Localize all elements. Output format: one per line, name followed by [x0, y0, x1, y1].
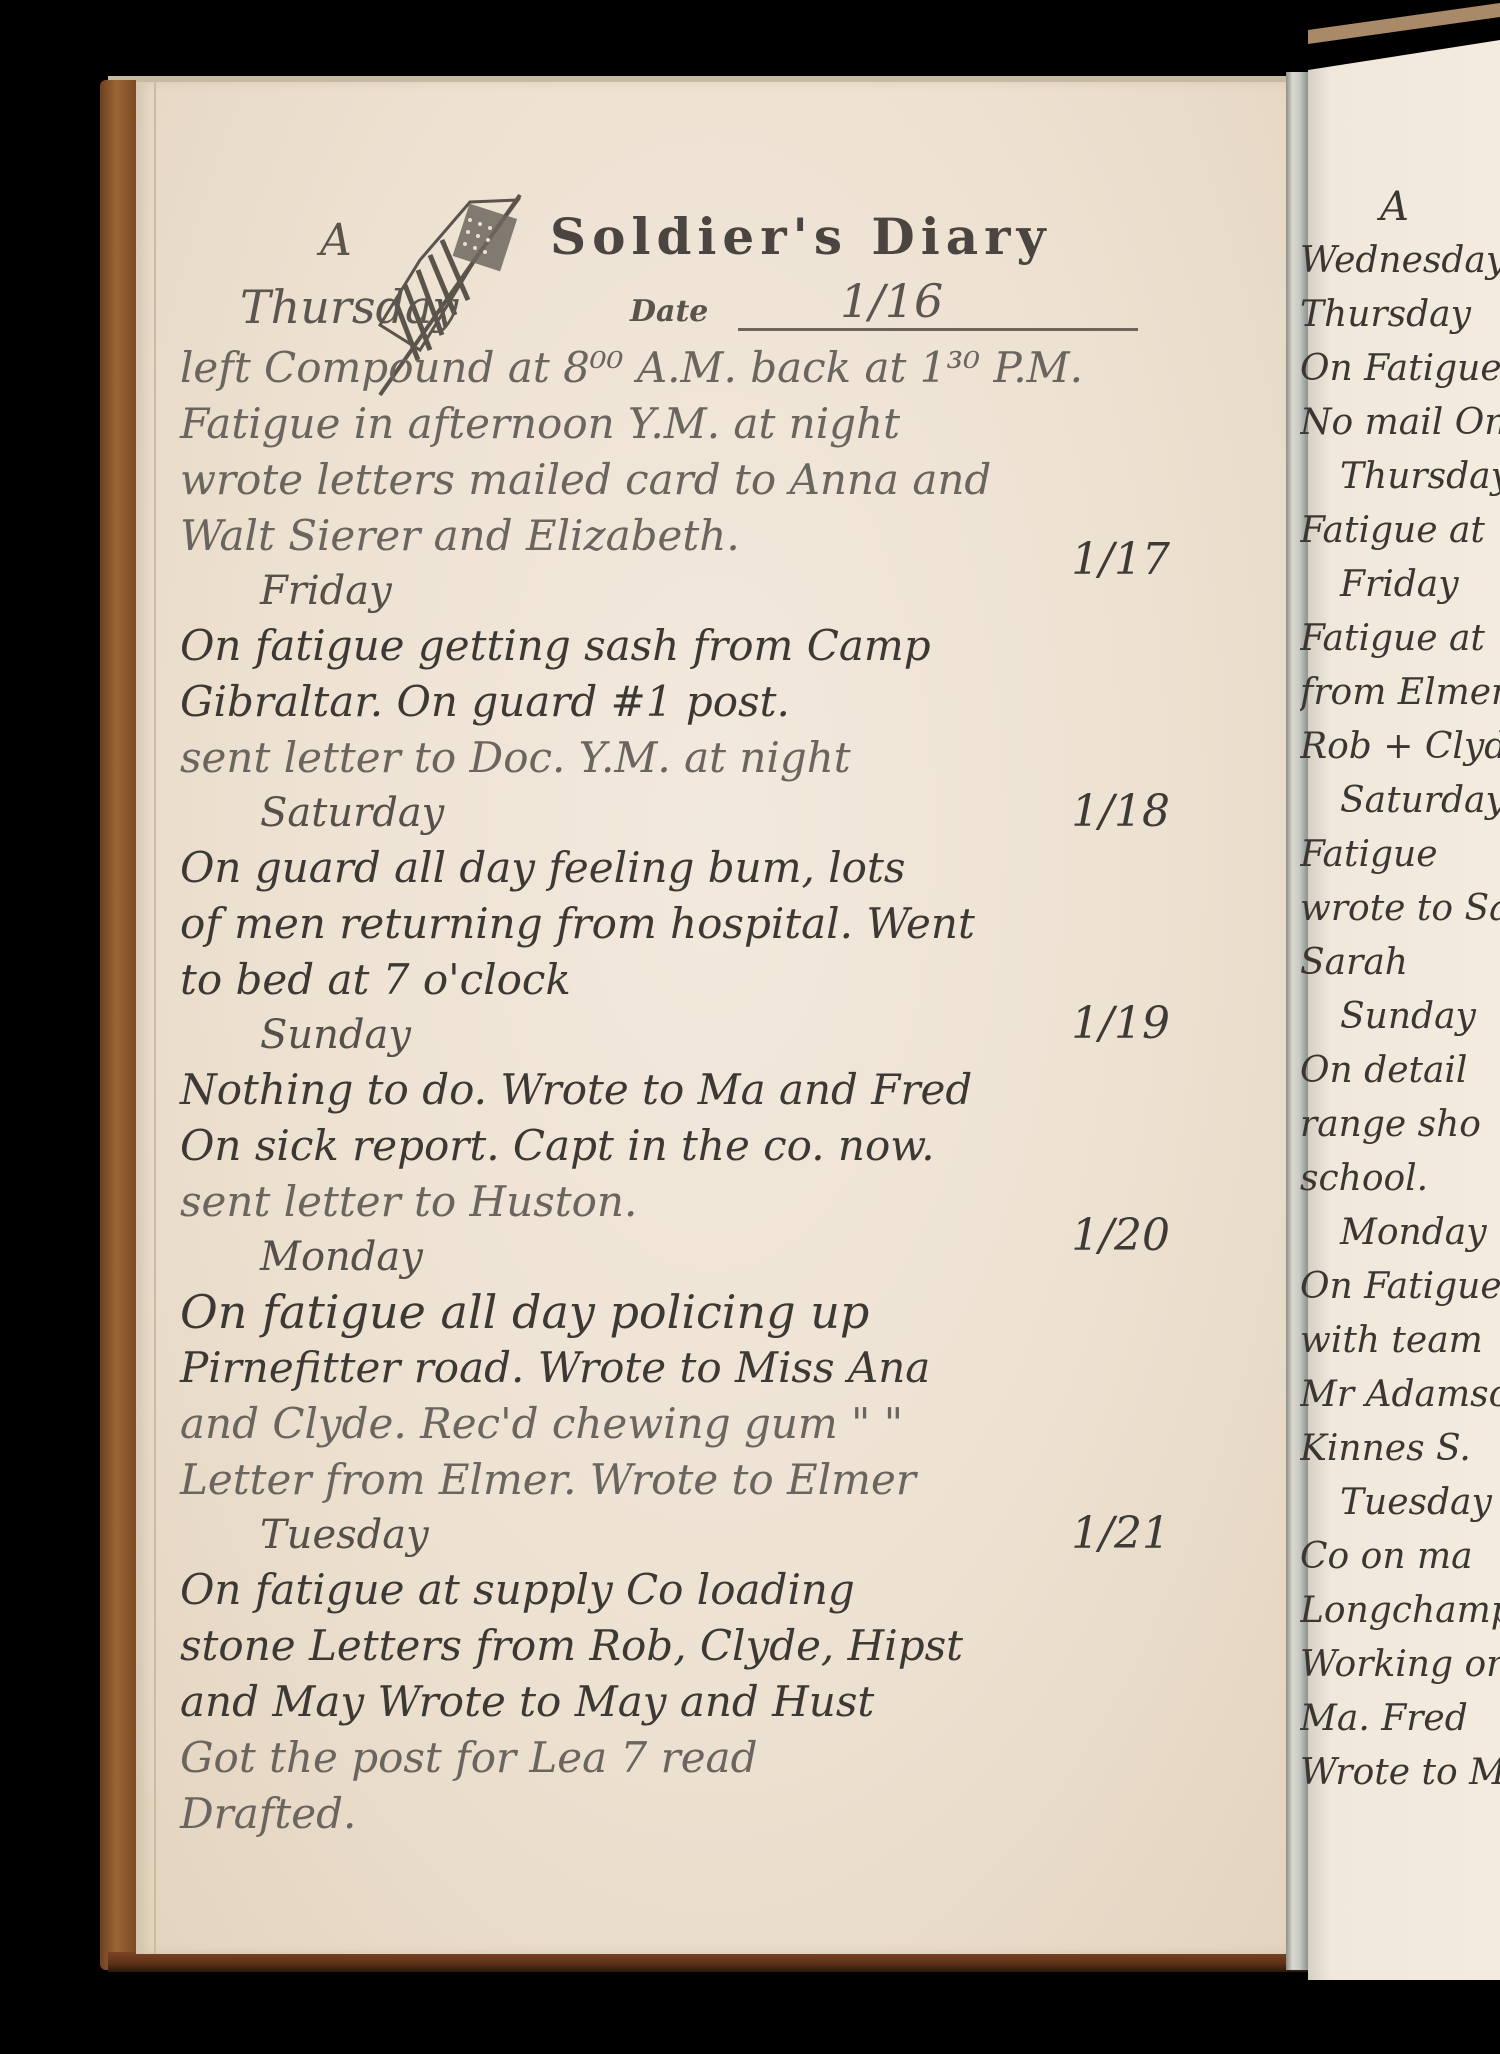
- right-line: Thursday: [1300, 450, 1500, 504]
- right-line: On Fatigue: [1300, 1260, 1500, 1314]
- right-line: Wednesday: [1300, 234, 1500, 288]
- entry-line: On sick report. Capt in the co. now.: [180, 1118, 1280, 1174]
- diary-entry-thursday: left Compound at 8⁰⁰ A.M. back at 1³⁰ P.…: [180, 340, 1280, 564]
- entry-line: and May Wrote to May and Hust: [180, 1674, 1280, 1730]
- entry-date: 1/21: [1071, 1508, 1170, 1559]
- right-line: Thursday: [1300, 288, 1500, 342]
- right-line: Saturday: [1300, 774, 1500, 828]
- diary-entry-tuesday: 1/21 Tuesday On fatigue at supply Co loa…: [180, 1508, 1280, 1842]
- right-line: Co on ma: [1300, 1530, 1500, 1584]
- right-line: Wrote to Ma: [1300, 1746, 1500, 1800]
- right-line: Working on: [1300, 1638, 1500, 1692]
- diary-header: A Soldier's Diary: [320, 195, 1140, 265]
- diary-entry-sunday: 1/19 Sunday Nothing to do. Wrote to Ma a…: [180, 1008, 1280, 1230]
- right-line: Kinnes S.: [1300, 1422, 1500, 1476]
- entry-line: Nothing to do. Wrote to Ma and Fred: [180, 1062, 1280, 1118]
- right-line: school.: [1300, 1152, 1500, 1206]
- right-header-prefix: A: [1300, 180, 1500, 234]
- date-underline: [738, 328, 1138, 331]
- entry-line: Fatigue in afternoon Y.M. at night: [180, 396, 1280, 452]
- page-hinge: [154, 82, 156, 1954]
- entry-line: left Compound at 8⁰⁰ A.M. back at 1³⁰ P.…: [180, 340, 1280, 396]
- entry-line: Drafted.: [180, 1786, 1280, 1842]
- entry-line: On fatigue getting sash from Camp: [180, 618, 1280, 674]
- right-line: Fatigue: [1300, 828, 1500, 882]
- right-line: Tuesday: [1300, 1476, 1500, 1530]
- right-line: Ma. Fred: [1300, 1692, 1500, 1746]
- entry-date: 1/19: [1071, 998, 1170, 1049]
- entry-line: Pirnefitter road. Wrote to Miss Ana: [180, 1340, 1280, 1396]
- entry-line: sent letter to Doc. Y.M. at night: [180, 730, 1280, 786]
- entry-line: On fatigue all day policing up: [180, 1284, 1280, 1340]
- right-line: Fatigue at: [1300, 612, 1500, 666]
- right-line: Friday: [1300, 558, 1500, 612]
- entry-line: stone Letters from Rob, Clyde, Hipst: [180, 1618, 1280, 1674]
- diary-title: Soldier's Diary: [550, 207, 1052, 266]
- right-page-text: A Wednesday Thursday On Fatigue No mail …: [1300, 180, 1500, 1800]
- diary-entry-saturday: 1/18 Saturday On guard all day feeling b…: [180, 786, 1280, 1008]
- right-line: No mail On: [1300, 396, 1500, 450]
- right-line: with team: [1300, 1314, 1500, 1368]
- entry-line: On fatigue at supply Co loading: [180, 1562, 1280, 1618]
- entry-line: and Clyde. Rec'd chewing gum " ": [180, 1396, 1280, 1452]
- diary-entry-monday: 1/20 Monday On fatigue all day policing …: [180, 1230, 1280, 1508]
- entry-line: Got the post for Lea 7 read: [180, 1730, 1280, 1786]
- entry-date: 1/20: [1071, 1210, 1170, 1261]
- entry-date: 1/18: [1071, 786, 1170, 837]
- entry-line: wrote letters mailed card to Anna and: [180, 452, 1280, 508]
- book-cover-bottom-edge: [108, 1952, 1308, 1972]
- entry-line: Letter from Elmer. Wrote to Elmer: [180, 1452, 1280, 1508]
- entry-line: Gibraltar. On guard #1 post.: [180, 674, 1280, 730]
- diary-entries: left Compound at 8⁰⁰ A.M. back at 1³⁰ P.…: [180, 340, 1280, 1842]
- right-line: Monday: [1300, 1206, 1500, 1260]
- entry-date: 1/17: [1071, 534, 1170, 585]
- right-page-top-edge: [1308, 3, 1500, 44]
- right-line: wrote to Sa: [1300, 882, 1500, 936]
- right-line: On Fatigue: [1300, 342, 1500, 396]
- right-line: Rob + Clyde: [1300, 720, 1500, 774]
- date-row: Thursday Date 1/16: [240, 280, 1140, 340]
- right-line: On detail: [1300, 1044, 1500, 1098]
- entry-line: On guard all day feeling bum, lots: [180, 840, 1280, 896]
- right-line: Longchamps: [1300, 1584, 1500, 1638]
- right-line: range sho: [1300, 1098, 1500, 1152]
- first-day-name: Thursday: [240, 280, 458, 334]
- right-line: from Elmer: [1300, 666, 1500, 720]
- right-line: Mr Adamso: [1300, 1368, 1500, 1422]
- right-line: Fatigue at: [1300, 504, 1500, 558]
- date-label: Date: [630, 294, 708, 329]
- book-spine-left: [100, 80, 136, 1970]
- header-prefix: A: [320, 215, 352, 266]
- entry-line: of men returning from hospital. Went: [180, 896, 1280, 952]
- right-line: Sunday: [1300, 990, 1500, 1044]
- diary-entry-friday: 1/17 Friday On fatigue getting sash from…: [180, 564, 1280, 786]
- date-value: 1/16: [840, 274, 943, 328]
- right-line: Sarah: [1300, 936, 1500, 990]
